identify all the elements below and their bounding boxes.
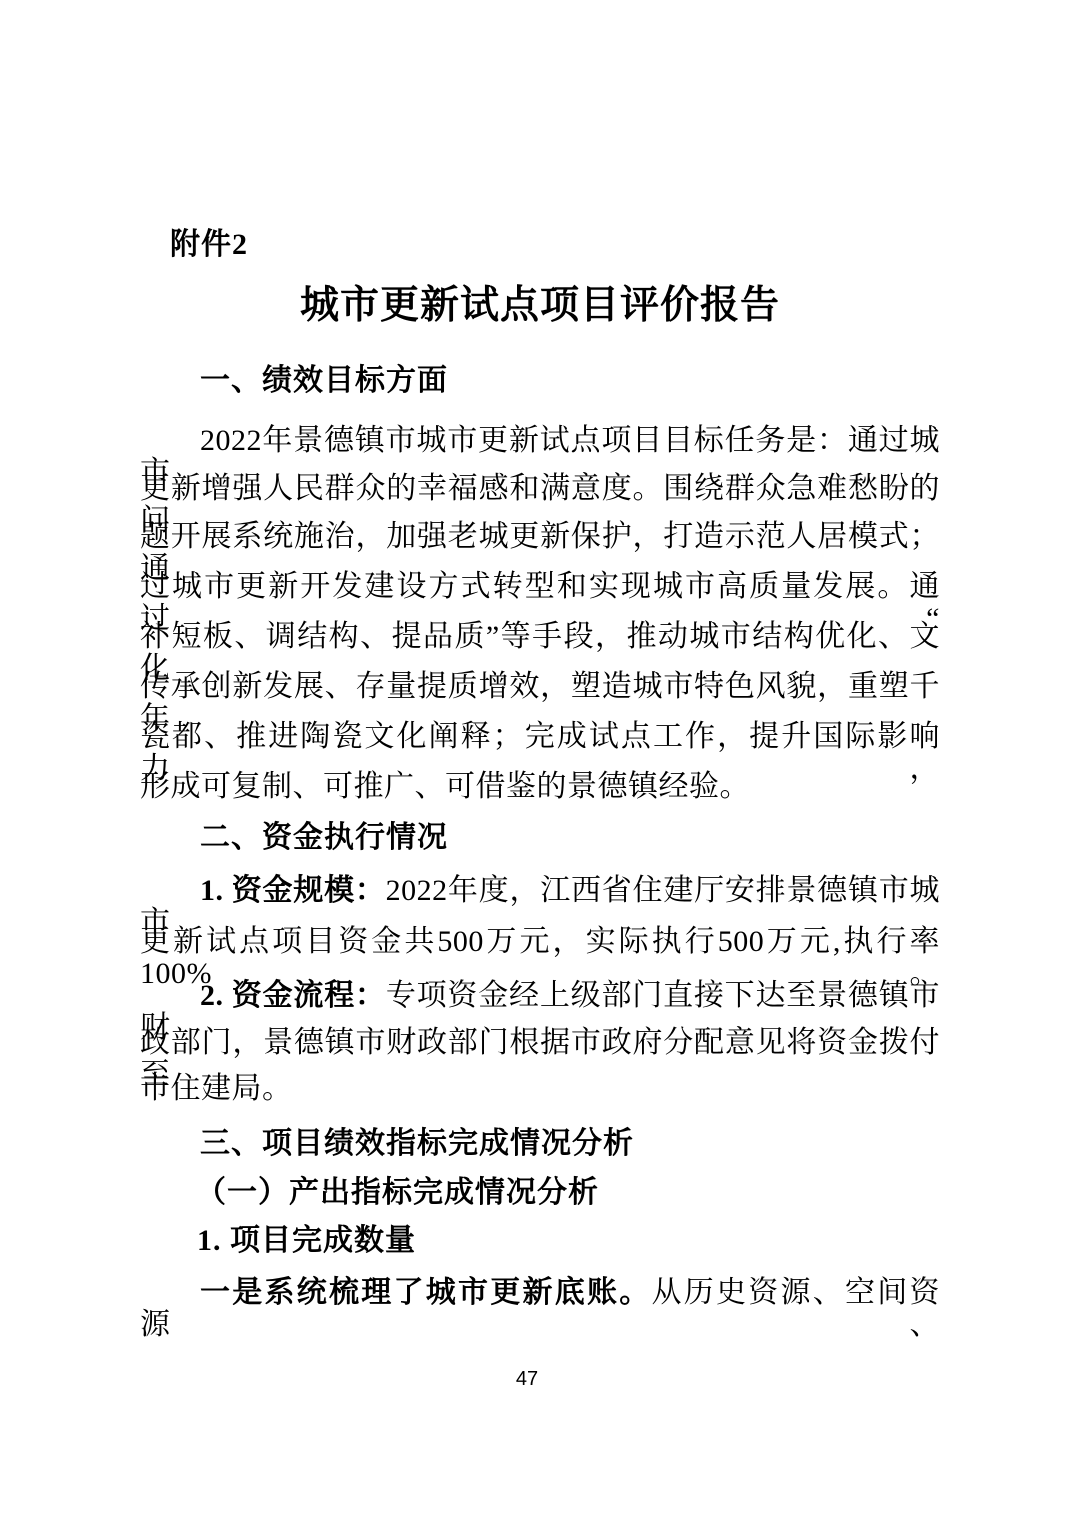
para4-lead: 一是系统梳理了城市更新底账。: [200, 1276, 652, 1309]
subsection-heading-1: （一）产出指标完成情况分析: [196, 1177, 940, 1209]
para3-line-3: 市住建局。: [140, 1073, 940, 1105]
para2-label: 1. 资金规模：: [200, 874, 386, 907]
page-number: 47: [0, 1368, 1054, 1391]
para1-line-8: 形成可复制、可推广、可借鉴的景德镇经验。: [140, 771, 940, 803]
section-heading-2: 二、资金执行情况: [200, 822, 940, 854]
section-heading-1: 一、绩效目标方面: [200, 365, 940, 397]
document-title: 城市更新试点项目评价报告: [140, 285, 940, 327]
document-page: 附件2 城市更新试点项目评价报告 一、绩效目标方面 2022年景德镇市城市更新试…: [0, 0, 1074, 1520]
para3-label: 2. 资金流程：: [200, 979, 386, 1012]
para4-line-1: 一是系统梳理了城市更新底账。从历史资源、空间资源、: [140, 1277, 940, 1341]
subsection-heading-2: 1. 项目完成数量: [197, 1225, 940, 1257]
attachment-label: 附件2: [170, 219, 248, 263]
section-heading-3: 三、项目绩效指标完成情况分析: [200, 1128, 940, 1160]
